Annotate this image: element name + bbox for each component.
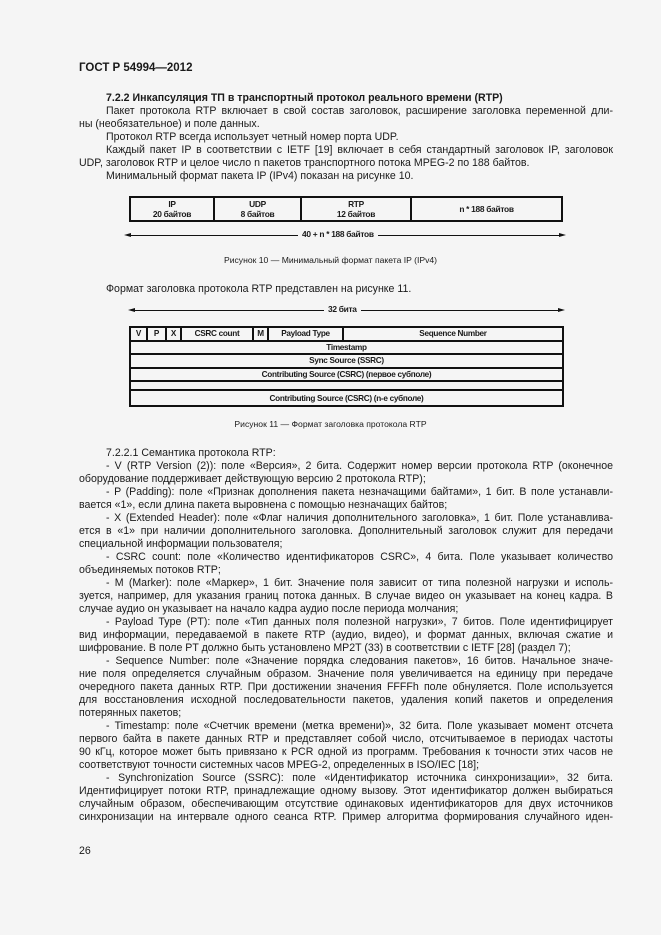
cell-name: IP (168, 199, 175, 209)
field-ssrc-row: Sync Source (SSRC) (131, 355, 562, 369)
field-csrc-first: Contributing Source (CSRC) (первое субпо… (131, 369, 562, 381)
cell-size: 20 байтов (153, 209, 191, 219)
paragraph-line: объединяемых потоков RTP; (79, 564, 613, 577)
paragraph-line: потерянных пакетов; (79, 707, 613, 720)
subsection-heading: 7.2.2.1 Семантика протокола RTP: (106, 447, 613, 460)
paragraph-line: оборудование поддерживает действующую ве… (79, 473, 613, 486)
field-sequence-number: Sequence Number (344, 328, 562, 340)
paragraph-line: ется в «1» при наличии дополнительного з… (79, 525, 613, 538)
paragraph-line: - M (Marker): поле «Маркер», 1 бит. Знач… (106, 577, 613, 590)
paragraph-line: синхронизации на интервале одного сеанса… (79, 811, 613, 824)
cell-size: 8 байтов (241, 209, 275, 219)
paragraph-line: - P (Padding): поле «Признак дополнения … (106, 486, 613, 499)
cell-size: n * 188 байтов (459, 204, 513, 214)
paragraph-line: очередного пакета данных RTP. При достиж… (79, 681, 613, 694)
paragraph-line: - Payload Type (PT): поле «Тип данных по… (106, 616, 613, 629)
field-timestamp: Timestamp (131, 342, 562, 354)
paragraph-line: Каждый пакет IP в соответствии с IETF [1… (106, 144, 613, 157)
paragraph-line: - X (Extended Header): поле «Флаг наличи… (106, 512, 613, 525)
field-v: V (131, 328, 148, 340)
field-x: X (167, 328, 182, 340)
field-ellipsis (131, 382, 562, 389)
paragraph-line: для восстановления исходной последовател… (79, 694, 613, 707)
paragraph-line: Пакет протокола RTP включает в свой сост… (106, 105, 613, 118)
paragraph-line: Минимальный формат пакета IP (IPv4) пока… (106, 170, 613, 183)
figure-10-packet-diagram: IP 20 байтов UDP 8 байтов RTP 12 байтов … (129, 196, 563, 222)
arrow-right-icon (559, 233, 566, 237)
field-csrc-nth: Contributing Source (CSRC) (n-е субполе) (131, 391, 562, 405)
paragraph-line: - Sequence Number: поле «Значение порядк… (106, 655, 613, 668)
field-p: P (148, 328, 167, 340)
cell-size: 12 байтов (337, 209, 375, 219)
paragraph-line: случайным образом, обеспечивающим отсутс… (79, 798, 613, 811)
paragraph-line: 90 кГц, которое может быть привязано к P… (79, 746, 613, 759)
rtp-header-cell: RTP 12 байтов (302, 198, 412, 220)
paragraph-line: вается «1», если длина пакета выровнена … (79, 499, 613, 512)
figure-11-rtp-header: V P X CSRC count M Payload Type Sequence… (129, 326, 564, 407)
field-csrc-count: CSRC count (182, 328, 254, 340)
udp-header-cell: UDP 8 байтов (215, 198, 302, 220)
ip-header-cell: IP 20 байтов (131, 198, 215, 220)
paragraph-line: ны (необязательное) и поле данных. (79, 118, 613, 131)
cell-name: UDP (249, 199, 266, 209)
header-first-row: V P X CSRC count M Payload Type Sequence… (131, 328, 562, 342)
paragraph-line: вид информации, передаваемой в пакете RT… (79, 629, 613, 642)
paragraph-line: случае аудио он указывает на начало кадр… (79, 603, 613, 616)
field-csrc-first-row: Contributing Source (CSRC) (первое субпо… (131, 369, 562, 383)
paragraph-line: - Timestamp: поле «Счетчик времени (метк… (106, 720, 613, 733)
figure-10-caption: Рисунок 10 — Минимальный формат пакета I… (0, 255, 661, 265)
payload-cell: n * 188 байтов (412, 198, 561, 220)
paragraph-line: Протокол RTP всегда использует четный но… (106, 131, 613, 144)
field-csrc-nth-row: Contributing Source (CSRC) (n-е субполе) (131, 391, 562, 405)
paragraph-line: Формат заголовка протокола RTP представл… (106, 283, 613, 296)
paragraph-line: шифрование. В поле PT должно быть устано… (79, 642, 613, 655)
cell-name: RTP (348, 199, 364, 209)
paragraph-line: ние поля определяется случайным образом.… (79, 668, 613, 681)
paragraph-line: первого байта в пакете данных RTP и пред… (79, 733, 613, 746)
paragraph-line: специальной информации пользователя; (79, 538, 613, 551)
figure-11-caption: Рисунок 11 — Формат заголовка протокола … (0, 419, 661, 429)
field-payload-type: Payload Type (269, 328, 344, 340)
paragraph-line: Идентифицирует потоки RTP, принадлежащие… (79, 785, 613, 798)
width-label: 32 бита (324, 304, 361, 314)
paragraph-line: - V (RTP Version (2)): поле «Версия», 2 … (106, 460, 613, 473)
total-length-label: 40 + n * 188 байтов (298, 229, 378, 239)
section-heading: 7.2.2 Инкапсуляция ТП в транспортный про… (106, 92, 613, 105)
paragraph-line: - Synchronization Source (SSRC): поле «И… (106, 772, 613, 785)
field-empty-row (131, 382, 562, 391)
page-number: 26 (79, 845, 91, 857)
paragraph-line: соответствуют точности системных часов M… (79, 759, 613, 772)
arrow-right-icon (558, 308, 565, 312)
field-ssrc: Sync Source (SSRC) (131, 355, 562, 367)
paragraph-line: - CSRC count: поле «Количество идентифик… (106, 551, 613, 564)
field-m: M (254, 328, 269, 340)
field-timestamp-row: Timestamp (131, 342, 562, 356)
document-id: ГОСТ Р 54994—2012 (79, 62, 192, 74)
paragraph-line: UDP, заголовок RTP и целое число n пакет… (79, 157, 613, 170)
paragraph-line: зуется, например, для указания границ по… (79, 590, 613, 603)
